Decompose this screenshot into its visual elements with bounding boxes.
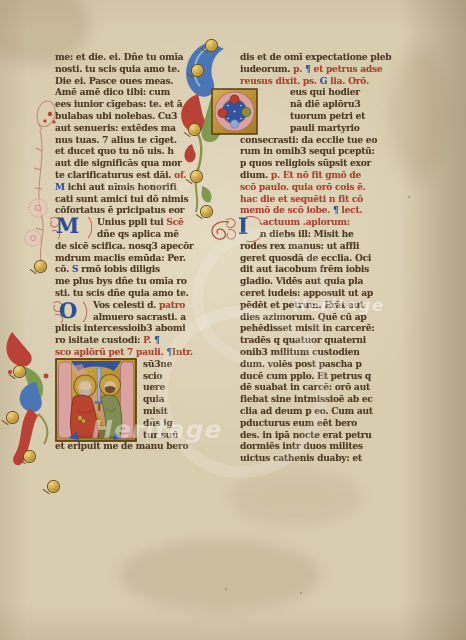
text-line: bulabas ubi nolebas. Cu3: [55, 111, 209, 123]
text-line: des. in ipā nocte erat petru: [240, 430, 394, 442]
text-line: tur suū: [55, 430, 209, 442]
text-segment: rodes rex manus: ut affli: [240, 241, 359, 252]
text-segment: ro isitate custodi:: [55, 335, 143, 346]
text-line: de sicē scifica. nosq3 apecōr: [55, 241, 209, 253]
text-line: ees iunior cīgebas: te. et ā: [55, 99, 209, 111]
text-segment: des. in ipā nocte erat petru: [240, 430, 372, 441]
text-line: gladio. Vidēs aut quia pla: [240, 276, 394, 288]
text-segment: cati sunt amici tui dō nimis: [55, 194, 188, 205]
text-segment: Vos celesti d.: [93, 300, 159, 311]
text-line: geret quosdā de ecclia. Oci: [240, 253, 394, 265]
text-segment: clia ad deum p eo. Cum aut: [240, 406, 373, 417]
text-line: dum. volēs post pascha p: [240, 359, 394, 371]
text-segment: dium.: [240, 170, 271, 181]
text-segment: bulabas ubi nolebas. Cu3: [55, 111, 177, 122]
gold-bezant-icon: [48, 481, 59, 492]
text-segment: nā diē aplōru3: [290, 99, 360, 110]
text-segment: ees iunior cīgebas: te. et ā: [55, 99, 182, 110]
text-segment: ducē cum pplo. Et petrus q: [240, 371, 371, 382]
text-segment: Unius ppli tui: [97, 217, 166, 228]
text-segment: misit: [143, 406, 168, 417]
text-segment: p quos religiois sūpsit exor: [240, 158, 371, 169]
text-segment: pēdēt et petrum. Erāt aut: [240, 300, 364, 311]
text-segment: M: [55, 182, 68, 193]
text-segment: dis et de omī expectatione pleb: [240, 52, 391, 63]
text-segment: S: [72, 264, 81, 275]
text-line: uere: [55, 382, 209, 394]
text-segment: aut senueris: extēdes ma: [55, 123, 176, 134]
text-segment: uere: [143, 382, 165, 393]
text-segment: dñe qs aplica mē: [97, 229, 179, 240]
text-segment: p. Et nō fit gmō de: [271, 170, 361, 181]
text-segment: sti. tu scis dñe quia amo te.: [55, 288, 189, 299]
text-line: reusus dixit. ps. G lia. Orō.: [240, 76, 394, 88]
parchment-speck: [225, 588, 227, 590]
text-line: ceret iudeis: apposuit ut ap: [240, 288, 394, 300]
text-line: sco aplōrū pet 7 pauli. ¶Intr.: [55, 347, 209, 359]
text-segment: eus qui hodier: [290, 87, 360, 98]
text-line: iudeorum. p. ¶ et petrus adse: [240, 64, 394, 76]
text-line: et eripuit me de manu bero: [55, 441, 209, 453]
text-line: me: et die. ei. Dñe tu omīa: [55, 52, 209, 64]
parchment-speck: [408, 196, 410, 198]
text-segment: rmō iobis diligis: [81, 264, 160, 275]
text-line: Unius ppli tui Scē: [55, 217, 209, 229]
text-segment: n diebs ill: Misit he: [260, 229, 354, 240]
text-line: nā diē aplōru3: [240, 99, 394, 111]
text-segment: P.: [143, 335, 154, 346]
text-segment: ichi aut nīmis honorifi: [68, 182, 177, 193]
text-line: uictus cathenis duaby: et: [240, 453, 394, 465]
text-segment: ceret iudeis: apposuit ut ap: [240, 288, 373, 299]
text-line: dormiēs intr duos milites: [240, 441, 394, 453]
parchment-stain: [390, 50, 450, 180]
text-segment: Scē: [166, 217, 183, 228]
text-line: pehēdisset misit in carcerē:: [240, 323, 394, 335]
text-segment: aut die significās qua mor: [55, 158, 182, 169]
text-line: dies azimorum. Quē cū ap: [240, 312, 394, 324]
text-segment: .actuum .aplorum:: [260, 217, 350, 228]
text-line: pēdēt et petrum. Erāt aut: [240, 300, 394, 312]
text-segment: Die ei. Pasce oues meas.: [55, 76, 173, 87]
text-segment: lia. Orō.: [330, 76, 369, 87]
text-segment: sū3ne: [143, 359, 172, 370]
text-line: misit: [55, 406, 209, 418]
gold-bezant-icon: [35, 261, 46, 272]
text-line: consecrasti: da ecclie tue eo: [240, 135, 394, 147]
text-segment: iudeorum.: [240, 64, 293, 75]
text-segment: cōfortatus ē pricipatus eor: [55, 205, 184, 216]
text-segment: de sicē scifica. nosq3 apecōr: [55, 241, 193, 252]
text-line: fiebat sine intmissioē ab ec: [240, 394, 394, 406]
text-line: Die ei. Pasce oues meas.: [55, 76, 209, 88]
text-segment: cō.: [55, 264, 72, 275]
text-line: et ducet quo tu nō uis. h: [55, 146, 209, 158]
text-segment: pehēdisset misit in carcerē:: [240, 323, 374, 334]
text-line: dē suabat in carcē: orō aut: [240, 382, 394, 394]
text-segment: dies azimorum. Quē cū ap: [240, 312, 367, 323]
text-segment: me plus bys dñe tu omīa ro: [55, 276, 187, 287]
text-line: almuero sacrasti. a: [55, 312, 209, 324]
text-line: hac die et sequēti n fit cō: [240, 194, 394, 206]
text-line: dñe qs aplica mē: [55, 229, 209, 241]
gold-bezant-icon: [192, 65, 203, 76]
text-line: rodes rex manus: ut affli: [240, 241, 394, 253]
text-line: cati sunt amici tui dō nimis: [55, 194, 209, 206]
text-segment: nus tuas. 7 alius te cīget.: [55, 135, 177, 146]
text-segment: fiebat sine intmissioē ab ec: [240, 394, 373, 405]
text-line: me plus bys dñe tu omīa ro: [55, 276, 209, 288]
parchment-speck: [300, 592, 302, 594]
text-segment: plicis intercessioib3 abomi: [55, 323, 185, 334]
gold-bezant-icon: [14, 366, 25, 377]
text-line: ducē cum pplo. Et petrus q: [240, 371, 394, 383]
text-line: clia ad deum p eo. Cum aut: [240, 406, 394, 418]
text-line: p quos religiois sūpsit exor: [240, 158, 394, 170]
text-line: sti. tu scis dñe quia amo te.: [55, 288, 209, 300]
text-segment: onib3 militum custodien: [240, 347, 360, 358]
text-segment: dit aut iacobum frēm iobis: [240, 264, 369, 275]
text-line: nus tuas. 7 alius te cīget.: [55, 135, 209, 147]
text-segment: G: [320, 76, 330, 87]
text-segment: scō paulo. quia orō cois ē.: [240, 182, 366, 193]
text-segment: Amē amē dico tibi: cum: [55, 87, 170, 98]
text-line: dis et de omī expectatione pleb: [240, 52, 394, 64]
text-line: plicis intercessioib3 abomi: [55, 323, 209, 335]
gold-bezant-icon: [24, 451, 35, 462]
text-segment: almuero sacrasti. a: [93, 312, 186, 323]
text-segment: dum. volēs post pascha p: [240, 359, 362, 370]
text-segment: scio: [143, 371, 162, 382]
text-segment: geret quosdā de ecclia. Oci: [240, 253, 371, 264]
text-line: dit aut iacobum frēm iobis: [240, 264, 394, 276]
text-line: ro isitate custodi: P. ¶: [55, 335, 209, 347]
text-segment: tuorum petri et: [290, 111, 365, 122]
text-segment: lect.: [341, 205, 362, 216]
text-segment: nosti. tu scis quia amo te.: [55, 64, 180, 75]
text-line: pducturus eum eēt bero: [240, 418, 394, 430]
text-line: scō paulo. quia orō cois ē.: [240, 182, 394, 194]
text-line: Amē amē dico tibi: cum: [55, 87, 209, 99]
text-line: tuorum petri et: [240, 111, 394, 123]
manuscript-page: D I: [0, 0, 466, 640]
text-segment: me: et die. ei. Dñe tu omīa: [55, 52, 183, 63]
text-segment: ¶: [305, 64, 313, 75]
text-segment: quia: [143, 394, 164, 405]
gold-bezant-icon: [201, 206, 212, 217]
text-line: rum in omib3 sequi pceptū:: [240, 146, 394, 158]
gold-bezant-icon: [189, 124, 200, 135]
text-segment: p.: [293, 64, 305, 75]
gold-bezant-icon: [7, 412, 18, 423]
text-line: aut die significās qua mor: [55, 158, 209, 170]
text-segment: tur suū: [143, 430, 178, 441]
text-segment: gladio. Vidēs aut quia pla: [240, 276, 363, 287]
text-line: cōfortatus ē pricipatus eor: [55, 205, 209, 217]
text-line: mdrum maclis emūda: Per.: [55, 253, 209, 265]
text-line: quia: [55, 394, 209, 406]
gold-bezant-icon: [206, 40, 217, 51]
text-segment: hac die et sequēti n fit cō: [240, 194, 363, 205]
text-line: .actuum .aplorum:: [240, 217, 394, 229]
text-line: M ichi aut nīmis honorifi: [55, 182, 209, 194]
text-line: pauli martyrio: [240, 123, 394, 135]
text-segment: pducturus eum eēt bero: [240, 418, 357, 429]
text-segment: et ducet quo tu nō uis. h: [55, 146, 174, 157]
text-column-left: me: et die. ei. Dñe tu omīanosti. tu sci…: [55, 52, 209, 453]
text-line: onib3 militum custodien: [240, 347, 394, 359]
text-line: scio: [55, 371, 209, 383]
text-column-right: dis et de omī expectatione plebiudeorum.…: [240, 52, 394, 465]
text-line: cō. S rmō iobis diligis: [55, 264, 209, 276]
text-line: eus qui hodier: [240, 87, 394, 99]
gold-bezant-icon: [191, 171, 202, 182]
text-segment: memō de scō iobe.: [240, 205, 333, 216]
text-segment: tradēs q quatuor quaterni: [240, 335, 366, 346]
text-line: n diebs ill: Misit he: [240, 229, 394, 241]
parchment-stain: [120, 540, 320, 610]
text-segment: dñs ig: [143, 418, 173, 429]
text-segment: dē suabat in carcē: orō aut: [240, 382, 370, 393]
text-segment: ¶: [154, 335, 160, 346]
text-segment: mdrum maclis emūda: Per.: [55, 253, 186, 264]
text-segment: reusus dixit. ps.: [240, 76, 320, 87]
text-segment: rum in omib3 sequi pceptū:: [240, 146, 375, 157]
text-line: dñs ig: [55, 418, 209, 430]
text-segment: Intr.: [172, 347, 193, 358]
text-segment: uictus cathenis duaby: et: [240, 453, 362, 464]
text-segment: et eripuit me de manu bero: [55, 441, 188, 452]
text-line: tradēs q quatuor quaterni: [240, 335, 394, 347]
text-segment: et petrus adse: [314, 64, 383, 75]
text-segment: pauli martyrio: [290, 123, 360, 134]
text-line: memō de scō iobe. ¶ lect.: [240, 205, 394, 217]
text-segment: dormiēs intr duos milites: [240, 441, 363, 452]
text-segment: te clarificaturus est dāi.: [55, 170, 174, 181]
text-segment: patro: [159, 300, 185, 311]
text-line: Vos celesti d. patro: [55, 300, 209, 312]
text-segment: consecrasti: da ecclie tue eo: [240, 135, 377, 146]
text-segment: sco aplōrū pet 7 pauli.: [55, 347, 166, 358]
text-line: sū3ne: [55, 359, 209, 371]
parchment-stain: [230, 470, 360, 525]
text-line: dium. p. Et nō fit gmō de: [240, 170, 394, 182]
